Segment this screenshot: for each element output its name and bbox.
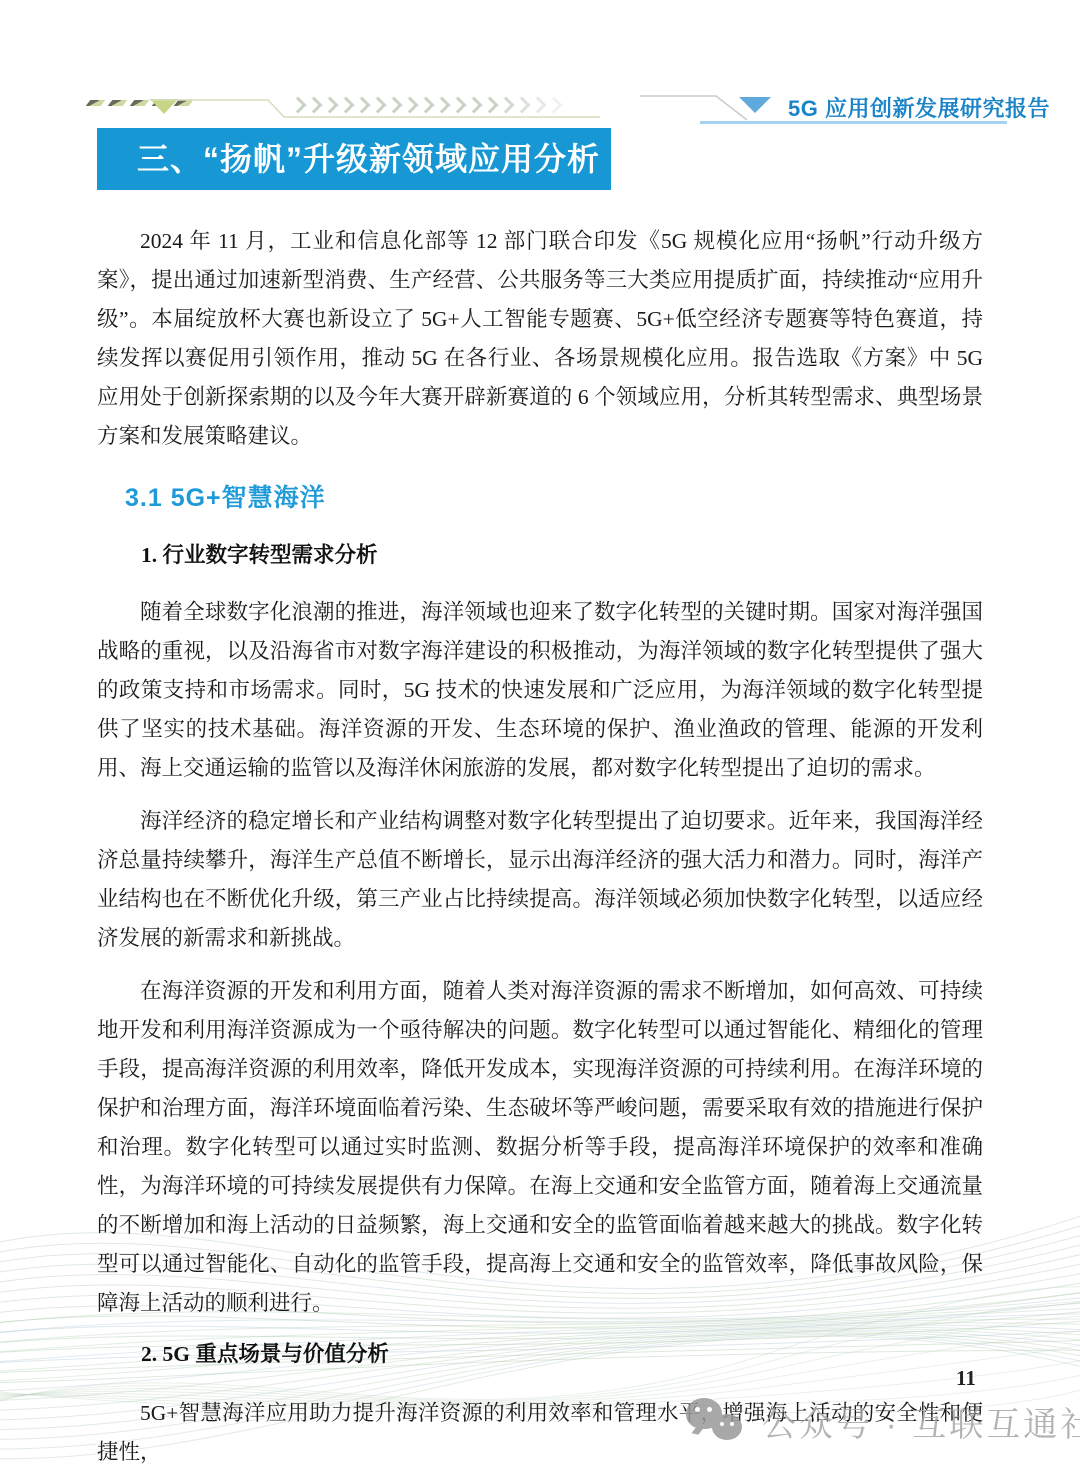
chevron-icon xyxy=(546,97,563,114)
chevron-pattern xyxy=(292,99,560,111)
triangle-down-icon xyxy=(739,97,771,113)
intro-paragraph: 2024 年 11 月，工业和信息化部等 12 部门联合印发《5G 规模化应用“… xyxy=(97,222,983,456)
report-title: 5G 应用创新发展研究报告 xyxy=(788,92,1050,123)
wechat-icon xyxy=(686,1396,746,1446)
triangle-down-icon xyxy=(150,99,178,114)
chevron-icon xyxy=(338,97,355,114)
chevron-icon xyxy=(386,97,403,114)
demand-paragraph-1: 随着全球数字化浪潮的推进，海洋领域也迎来了数字化转型的关键时期。国家对海洋强国战… xyxy=(97,593,983,788)
content-area: 2024 年 11 月，工业和信息化部等 12 部门联合印发《5G 规模化应用“… xyxy=(97,222,983,1466)
chevron-icon xyxy=(402,97,419,114)
chevron-icon xyxy=(290,97,307,114)
chevron-icon xyxy=(530,97,547,114)
demand-paragraph-3: 在海洋资源的开发和利用方面，随着人类对海洋资源的需求不断增加，如何高效、可持续地… xyxy=(97,972,983,1323)
header-dash xyxy=(108,100,128,106)
chevron-icon xyxy=(482,97,499,114)
chevron-icon xyxy=(370,97,387,114)
chevron-icon xyxy=(514,97,531,114)
chevron-icon xyxy=(322,97,339,114)
subheading-demand-analysis: 1. 行业数字转型需求分析 xyxy=(141,538,983,569)
document-page: 5G 应用创新发展研究报告 三、“扬帆”升级新领域应用分析 2024 年 11 … xyxy=(0,0,1080,1466)
header-dash xyxy=(86,100,106,106)
section-title: 3.1 5G+智慧海洋 xyxy=(97,478,983,514)
chapter-title: 三、“扬帆”升级新领域应用分析 xyxy=(97,128,611,190)
chevron-icon xyxy=(450,97,467,114)
watermark: 公众号 · 互联互通社区 xyxy=(686,1396,1080,1446)
subheading-value-analysis: 2. 5G 重点场景与价值分析 xyxy=(141,1337,983,1368)
chevron-icon xyxy=(306,97,323,114)
chevron-icon xyxy=(418,97,435,114)
demand-paragraph-2: 海洋经济的稳定增长和产业结构调整对数字化转型提出了迫切要求。近年来，我国海洋经济… xyxy=(97,802,983,958)
chevron-icon xyxy=(498,97,515,114)
header-dash xyxy=(130,100,150,106)
watermark-text: 公众号 · 互联互通社区 xyxy=(762,1397,1080,1446)
chevron-icon xyxy=(354,97,371,114)
page-number: 11 xyxy=(956,1366,976,1391)
chapter-banner: 三、“扬帆”升级新领域应用分析 xyxy=(97,128,611,190)
chevron-icon xyxy=(466,97,483,114)
chevron-icon xyxy=(434,97,451,114)
header-underline xyxy=(700,121,1007,124)
